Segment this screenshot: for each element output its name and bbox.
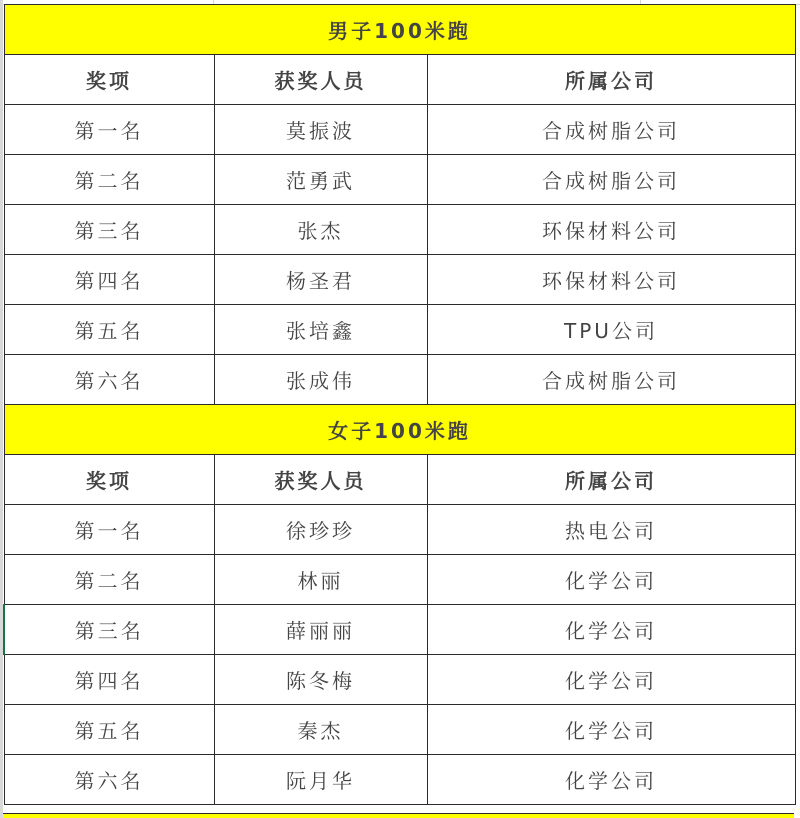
company-cell[interactable]: 化学公司 xyxy=(427,555,795,605)
winner-cell[interactable]: 莫振波 xyxy=(214,105,427,155)
header-winner[interactable]: 获奖人员 xyxy=(214,55,427,105)
award-cell[interactable]: 第一名 xyxy=(4,505,214,555)
table-row: 第六名 张成伟 合成树脂公司 xyxy=(4,355,795,405)
table-row: 第四名 陈冬梅 化学公司 xyxy=(4,655,795,705)
table-row: 第三名 薛丽丽 化学公司 xyxy=(4,605,795,655)
award-cell[interactable]: 第六名 xyxy=(4,355,214,405)
company-cell[interactable]: 热电公司 xyxy=(427,505,795,555)
header-award[interactable]: 奖项 xyxy=(4,55,214,105)
table-title-row: 男子100米跑 xyxy=(4,5,795,55)
next-section-title-strip xyxy=(3,813,794,818)
award-cell[interactable]: 第四名 xyxy=(4,655,214,705)
award-cell[interactable]: 第六名 xyxy=(4,755,214,805)
company-cell[interactable]: 环保材料公司 xyxy=(427,255,795,305)
company-cell[interactable]: 环保材料公司 xyxy=(427,205,795,255)
award-cell[interactable]: 第三名 xyxy=(4,205,214,255)
table-header-row: 奖项 获奖人员 所属公司 xyxy=(4,55,795,105)
table-row: 第六名 阮月华 化学公司 xyxy=(4,755,795,805)
table-row: 第五名 张培鑫 TPU公司 xyxy=(4,305,795,355)
header-company[interactable]: 所属公司 xyxy=(427,455,795,505)
table-row: 第一名 莫振波 合成树脂公司 xyxy=(4,105,795,155)
company-cell[interactable]: 化学公司 xyxy=(427,755,795,805)
header-winner[interactable]: 获奖人员 xyxy=(214,455,427,505)
company-cell[interactable]: 合成树脂公司 xyxy=(427,105,795,155)
company-cell[interactable]: 化学公司 xyxy=(427,605,795,655)
table-row: 第一名 徐珍珍 热电公司 xyxy=(4,505,795,555)
women-100m-title[interactable]: 女子100米跑 xyxy=(4,405,795,455)
table-header-row: 奖项 获奖人员 所属公司 xyxy=(4,455,795,505)
table-row: 第四名 杨圣君 环保材料公司 xyxy=(4,255,795,305)
winner-cell[interactable]: 张杰 xyxy=(214,205,427,255)
award-cell[interactable]: 第二名 xyxy=(4,555,214,605)
winner-cell[interactable]: 阮月华 xyxy=(214,755,427,805)
winner-cell[interactable]: 林丽 xyxy=(214,555,427,605)
award-cell[interactable]: 第一名 xyxy=(4,105,214,155)
award-cell[interactable]: 第二名 xyxy=(4,155,214,205)
winner-cell[interactable]: 范勇武 xyxy=(214,155,427,205)
table-row: 第二名 林丽 化学公司 xyxy=(4,555,795,605)
company-cell[interactable]: 化学公司 xyxy=(427,655,795,705)
table-title-row: 女子100米跑 xyxy=(4,405,795,455)
award-cell[interactable]: 第五名 xyxy=(4,305,214,355)
company-cell[interactable]: TPU公司 xyxy=(427,305,795,355)
winner-cell[interactable]: 张培鑫 xyxy=(214,305,427,355)
winner-cell[interactable]: 张成伟 xyxy=(214,355,427,405)
award-cell[interactable]: 第五名 xyxy=(4,705,214,755)
winner-cell[interactable]: 陈冬梅 xyxy=(214,655,427,705)
header-company[interactable]: 所属公司 xyxy=(427,55,795,105)
awards-sheet: 男子100米跑 奖项 获奖人员 所属公司 第一名 莫振波 合成树脂公司 第二名 … xyxy=(3,4,796,805)
winner-cell[interactable]: 秦杰 xyxy=(214,705,427,755)
table-row: 第二名 范勇武 合成树脂公司 xyxy=(4,155,795,205)
company-cell[interactable]: 合成树脂公司 xyxy=(427,155,795,205)
award-cell-selected[interactable]: 第三名 xyxy=(4,605,214,655)
table-row: 第五名 秦杰 化学公司 xyxy=(4,705,795,755)
men-100m-title[interactable]: 男子100米跑 xyxy=(4,5,795,55)
table-row: 第三名 张杰 环保材料公司 xyxy=(4,205,795,255)
winner-cell[interactable]: 杨圣君 xyxy=(214,255,427,305)
award-cell[interactable]: 第四名 xyxy=(4,255,214,305)
company-cell[interactable]: 化学公司 xyxy=(427,705,795,755)
winner-cell[interactable]: 徐珍珍 xyxy=(214,505,427,555)
company-cell[interactable]: 合成树脂公司 xyxy=(427,355,795,405)
header-award[interactable]: 奖项 xyxy=(4,455,214,505)
winner-cell[interactable]: 薛丽丽 xyxy=(214,605,427,655)
